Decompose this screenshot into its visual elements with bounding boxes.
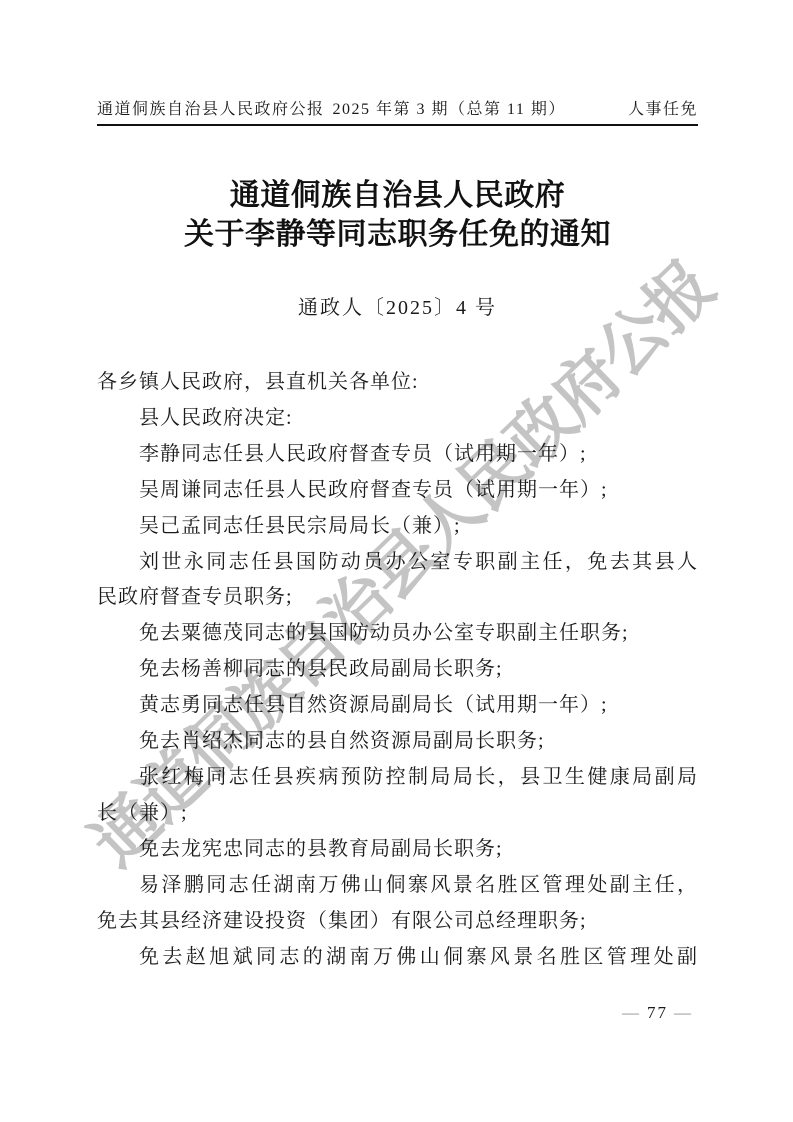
- running-head-section-label: 人事任免: [574, 96, 698, 119]
- page-number: —77—: [97, 1003, 693, 1023]
- body-line: 李静同志任县人民政府督查专员（试用期一年）;: [97, 437, 698, 473]
- document-number: 通政人〔2025〕4 号: [97, 291, 698, 320]
- running-head-issue-info: 2025 年第 3 期（总第 11 期）: [325, 96, 574, 119]
- body-line: 免去赵旭斌同志的湖南万佛山侗寨风景名胜区管理处副: [97, 940, 698, 976]
- running-head-publication-name: 通道侗族自治县人民政府公报: [97, 96, 325, 119]
- page-number-left-dash: —: [622, 1003, 641, 1022]
- document-title-line-1: 通道侗族自治县人民政府: [97, 176, 698, 215]
- body-line: 刘世永同志任县国防动员办公室专职副主任，免去其县人: [97, 545, 698, 581]
- body-line: 县人民政府决定:: [97, 401, 698, 437]
- document-title-line-2: 关于李静等同志职务任免的通知: [97, 215, 698, 254]
- gazette-page: 通道侗族自治县人民政府公报 通道侗族自治县人民政府公报 2025 年第 3 期（…: [0, 0, 793, 1122]
- body-line: 免去粟德茂同志的县国防动员办公室专职副主任职务;: [97, 616, 698, 652]
- body-line: 黄志勇同志任县自然资源局副局长（试用期一年）;: [97, 688, 698, 724]
- body-line: 吴周谦同志任县人民政府督查专员（试用期一年）;: [97, 473, 698, 509]
- running-head: 通道侗族自治县人民政府公报 2025 年第 3 期（总第 11 期） 人事任免: [97, 96, 698, 126]
- body-line: 易泽鹏同志任湖南万佛山侗寨风景名胜区管理处副主任，: [97, 868, 698, 904]
- body-line: 免去其县经济建设投资（集团）有限公司总经理职务;: [97, 904, 698, 940]
- body-line: 免去龙宪忠同志的县教育局副局长职务;: [97, 832, 698, 868]
- document-title: 通道侗族自治县人民政府 关于李静等同志职务任免的通知: [97, 176, 698, 254]
- body-line: 各乡镇人民政府，县直机关各单位:: [97, 365, 698, 401]
- page-number-right-dash: —: [674, 1003, 693, 1022]
- document-body: 各乡镇人民政府，县直机关各单位:县人民政府决定:李静同志任县人民政府督查专员（试…: [97, 365, 698, 975]
- body-line: 免去杨善柳同志的县民政局副局长职务;: [97, 652, 698, 688]
- body-line: 长（兼）;: [97, 796, 698, 832]
- page-content: 通道侗族自治县人民政府公报 2025 年第 3 期（总第 11 期） 人事任免 …: [0, 0, 793, 1122]
- body-line: 张红梅同志任县疾病预防控制局局长，县卫生健康局副局: [97, 760, 698, 796]
- body-line: 民政府督查专员职务;: [97, 580, 698, 616]
- body-line: 免去肖绍杰同志的县自然资源局副局长职务;: [97, 724, 698, 760]
- body-line: 吴己孟同志任县民宗局局长（兼）;: [97, 509, 698, 545]
- page-number-value: 77: [641, 1003, 674, 1022]
